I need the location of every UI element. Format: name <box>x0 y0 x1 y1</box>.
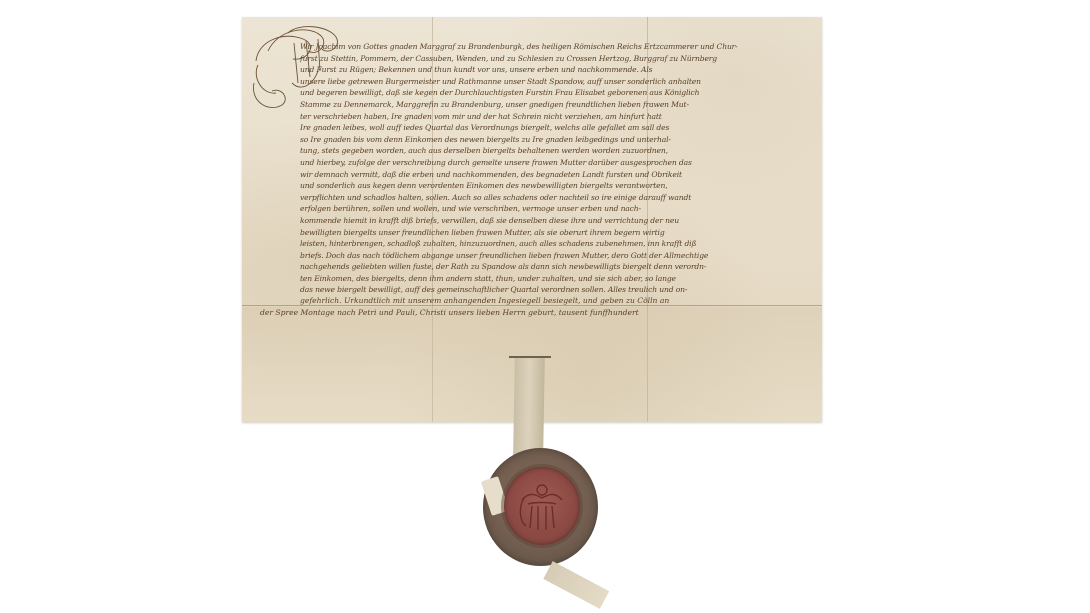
text-line: und Furst zu Rügen; Bekennen und thun ku… <box>300 64 812 76</box>
text-line: bewilligten biergelts unser freundlichen… <box>300 227 812 239</box>
text-line: nachgehends geliebten willen fuste, der … <box>300 261 812 273</box>
text-line: Ire gnaden leibes, woll auff iedes Quart… <box>300 122 812 134</box>
text-line: und hierbey, zufolge der verschreibung d… <box>300 157 812 169</box>
text-line: und begeren bewilligt, daß sie kegen der… <box>300 87 812 99</box>
text-line: der Spree Montage nach Petri und Pauli, … <box>260 307 820 319</box>
text-line: briefs. Doch das nach tödlichem abgange … <box>300 250 812 262</box>
text-line: gefehrlich. Urkundtlich mit unserem anha… <box>260 295 820 307</box>
seal-strap <box>513 356 545 456</box>
charter-closing: gefehrlich. Urkundtlich mit unserem anha… <box>260 295 820 318</box>
text-line: so Ire gnaden bis vom denn Einkomen des … <box>300 134 812 146</box>
text-line: furst zu Stettin, Pommern, der Cassuben,… <box>300 53 812 65</box>
text-line: und sonderlich aus kegen denn verordente… <box>300 180 812 192</box>
text-line: wir demnach vermitt, daß die erben und n… <box>300 169 812 181</box>
text-line: Stamme zu Dennemarck, Marggrefin zu Bran… <box>300 99 812 111</box>
text-line: erfolgen berühren, sollen und wollen, un… <box>300 203 812 215</box>
text-line: Wir Joachim von Gottes gnaden Marggraf z… <box>300 41 812 53</box>
strap-slit <box>509 356 551 358</box>
seal-strap-tail <box>543 561 609 609</box>
text-line: ten Einkomen, des biergelts, denn ihm an… <box>300 273 812 285</box>
seal-winged-figure-icon <box>514 478 570 536</box>
charter-text: Wir Joachim von Gottes gnaden Marggraf z… <box>300 41 812 296</box>
text-line: leisten, hinterbrengen, schadloß zuhalte… <box>300 238 812 250</box>
text-line: tung, stets gegeben worden, auch aus der… <box>300 145 812 157</box>
text-line: ter verschrieben haben, Ire gnaden vom m… <box>300 111 812 123</box>
text-line: verpflichten und schadlos halten, sollen… <box>300 192 812 204</box>
text-line: unsere liebe getrewen Burgermeister und … <box>300 76 812 88</box>
text-line: kommende hiemit in krafft diß briefs, ve… <box>300 215 812 227</box>
